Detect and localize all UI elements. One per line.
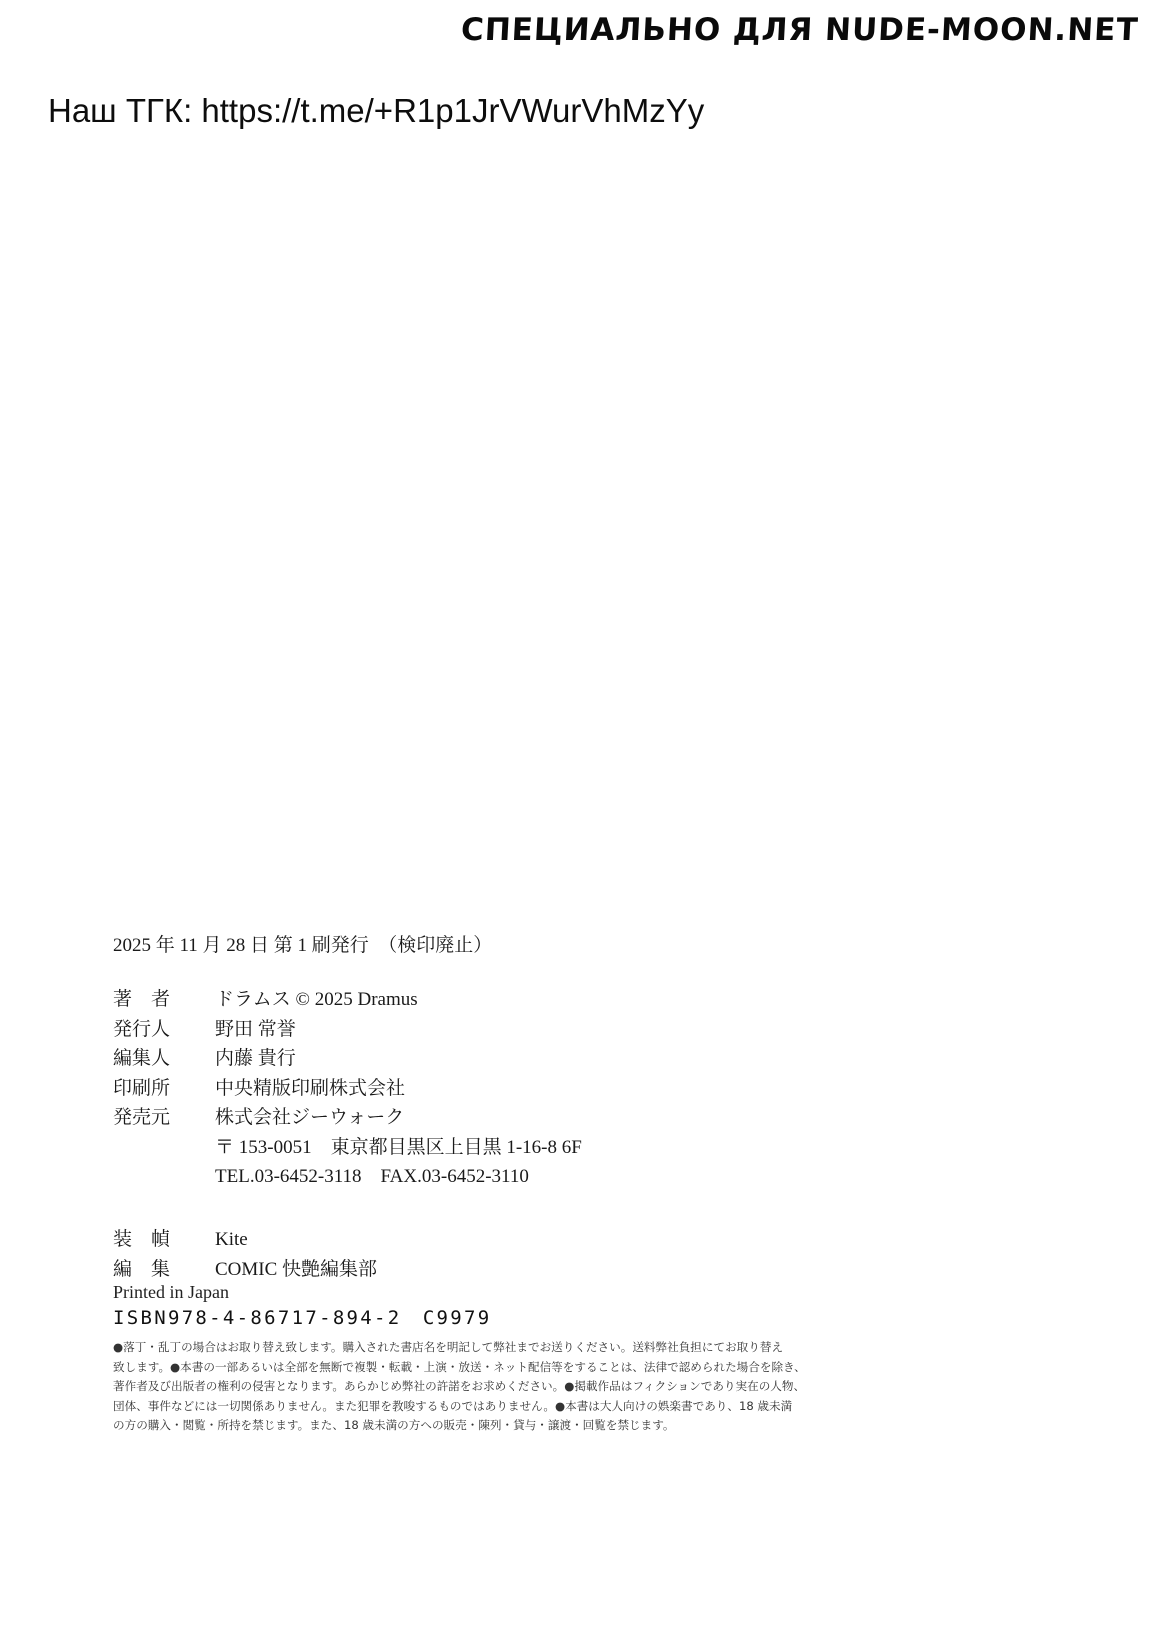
notice-line: 著作者及び出版者の権利の侵害となります。あらかじめ弊社の許諾をお求めください。●… [113,1377,853,1397]
notice-line: ●落丁・乱丁の場合はお取り替え致します。購入された書店名を明記して弊社までお送り… [113,1338,853,1358]
notice-line: 団体、事件などには一切関係ありません。また犯罪を教唆するものではありません。●本… [113,1397,853,1417]
credit-value: ドラムス © 2025 Dramus [215,985,418,1015]
printed-in-japan: Printed in Japan [113,1282,229,1303]
credit-value: Kite [215,1225,248,1255]
notice-line: 致します。●本書の一部あるいは全部を無断で複製・転載・上演・放送・ネット配信等を… [113,1358,853,1378]
credit-row-cover-design: 装 幀 Kite [113,1225,377,1255]
isbn-code: ISBN978-4-86717-894-2 C9979 [113,1303,492,1330]
staff-credits: 著 者 ドラムス © 2025 Dramus 発行人 野田 常誉 編集人 内藤 … [113,985,582,1192]
credit-value: 中央精版印刷株式会社 [215,1074,405,1104]
distributor-contact: TEL.03-6452-3118 FAX.03-6452-3110 [113,1162,582,1192]
credit-label: 編集人 [113,1044,215,1074]
credit-label: 装 幀 [113,1225,215,1255]
credit-row-editorial: 編 集 COMIC 快艶編集部 [113,1255,377,1285]
credit-row-publisher: 発行人 野田 常誉 [113,1015,582,1045]
credit-value: 株式会社ジーウォーク [215,1103,404,1133]
design-credits: 装 幀 Kite 編 集 COMIC 快艶編集部 [113,1225,377,1284]
credit-label: 編 集 [113,1255,215,1285]
telegram-link-text: Наш ТГК: https://t.me/+R1p1JrVWurVhMzYy [48,92,704,130]
credit-row-distributor: 発売元 株式会社ジーウォーク [113,1103,582,1133]
publication-date: 2025 年 11 月 28 日 第 1 刷発行 （検印廃止） [113,930,492,957]
credit-label: 著 者 [113,985,215,1015]
credit-label: 印刷所 [113,1074,215,1104]
credit-label: 発行人 [113,1015,215,1045]
credit-value: 野田 常誉 [215,1015,296,1045]
distributor-address: 〒 153-0051 東京都目黒区上目黒 1-16-8 6F [113,1133,582,1163]
legal-notice: ●落丁・乱丁の場合はお取り替え致します。購入された書店名を明記して弊社までお送り… [113,1338,853,1436]
credit-value: COMIC 快艶編集部 [215,1255,377,1285]
credit-row-editor: 編集人 内藤 貴行 [113,1044,582,1074]
credit-value: 内藤 貴行 [215,1044,296,1074]
credit-row-printer: 印刷所 中央精版印刷株式会社 [113,1074,582,1104]
credit-label: 発売元 [113,1103,215,1133]
notice-line: の方の購入・閲覧・所持を禁じます。また、18 歳未満の方への販売・陳列・貸与・譲… [113,1416,853,1436]
credit-row-author: 著 者 ドラムス © 2025 Dramus [113,985,582,1015]
scanlation-credit: СПЕЦИАЛЬНО ДЛЯ NUDE-MOON.NET [460,12,1139,48]
